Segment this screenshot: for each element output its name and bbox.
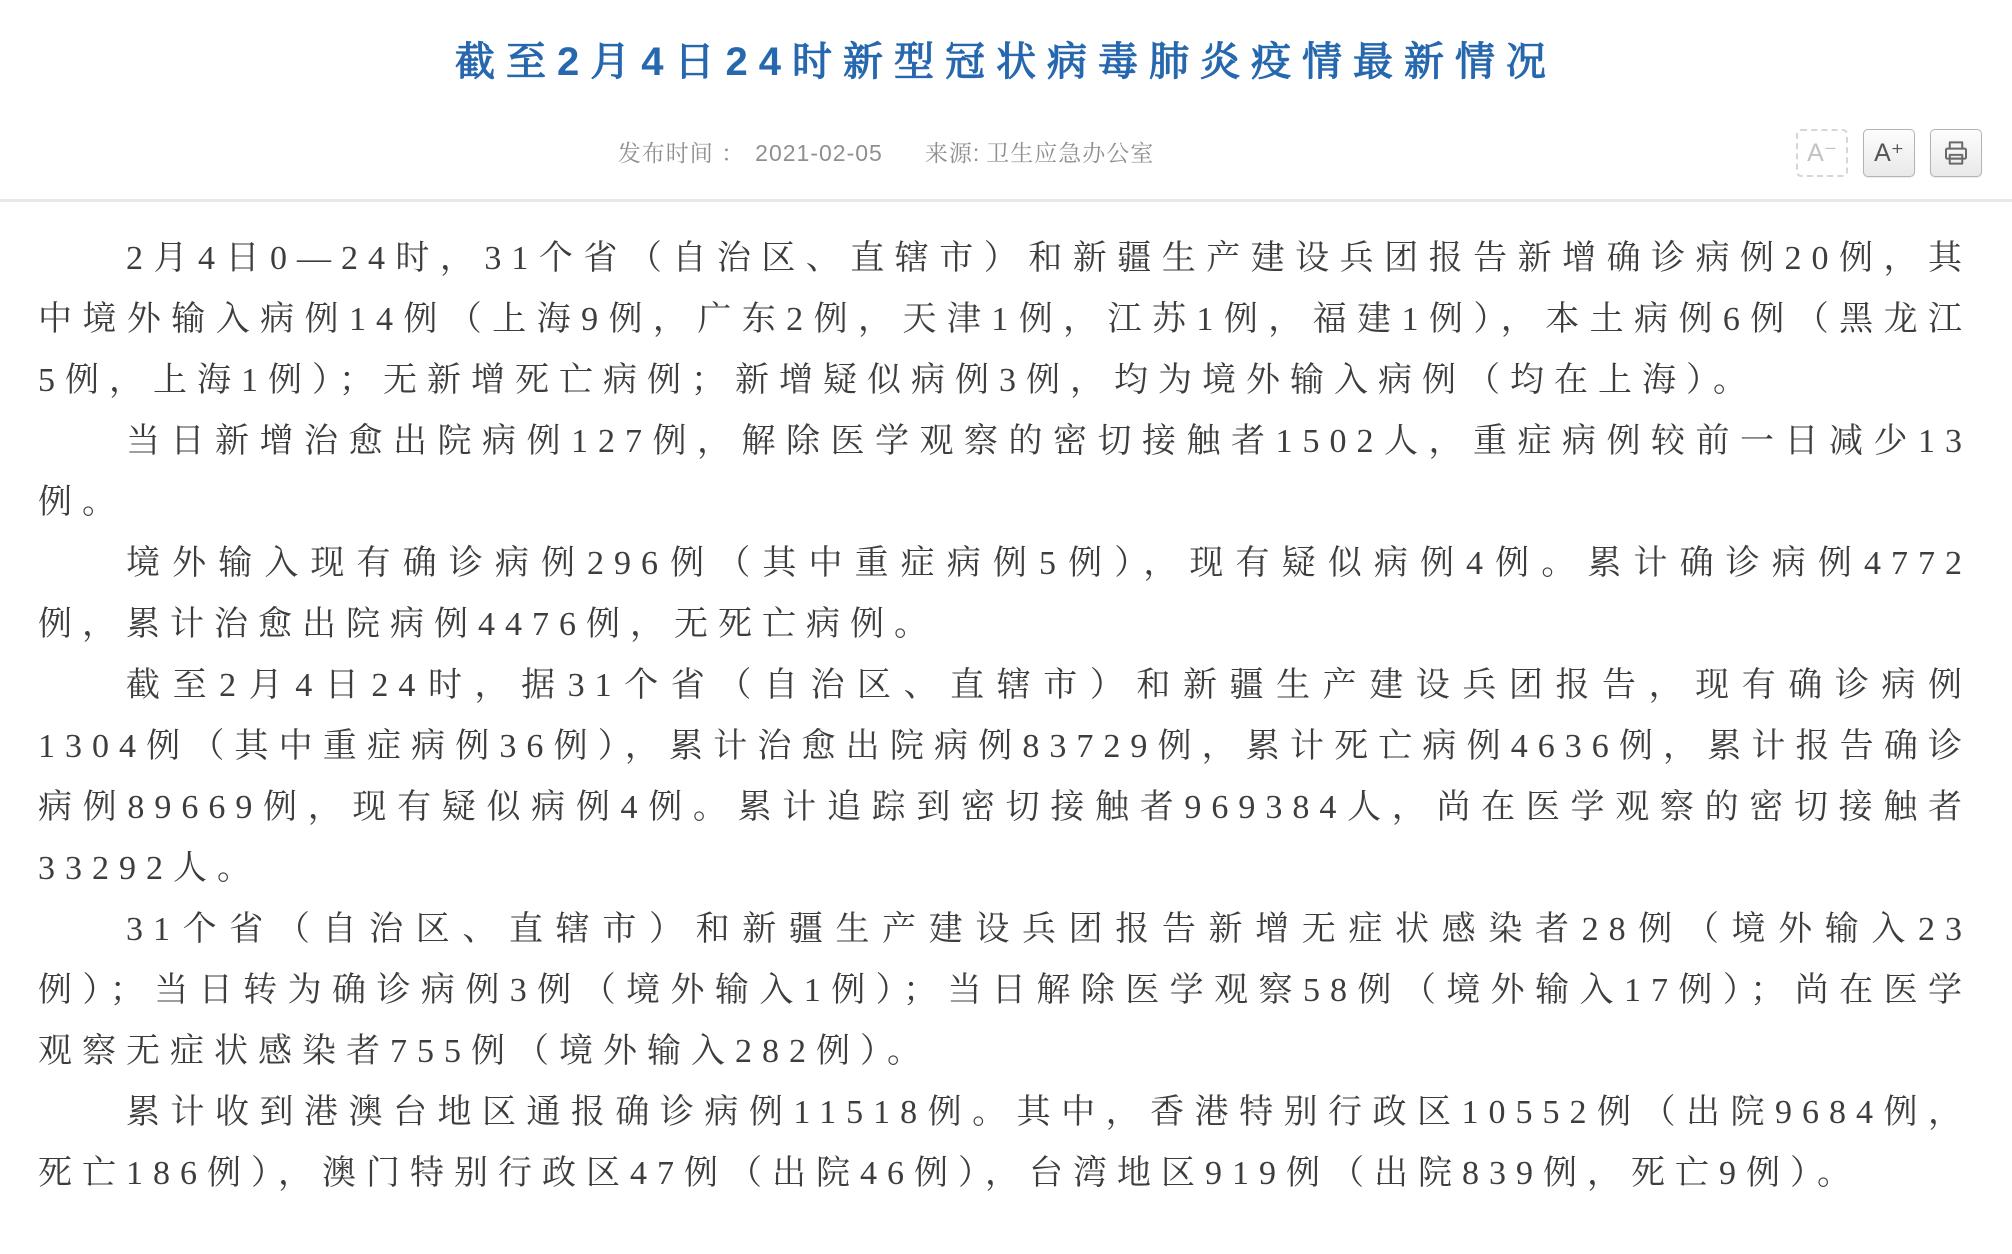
source-label: 来源: (925, 140, 980, 166)
article-meta: 发布时间 ：2021-02-05来源:卫生应急办公室 (0, 127, 2012, 179)
print-button[interactable] (1930, 129, 1982, 177)
publish-time-label: 发布时间 ： (618, 140, 745, 166)
font-print-toolbar: A⁻ A⁺ (1796, 129, 1982, 177)
paragraph-imported: 境外输入现有确诊病例296例（其中重症病例5例），现有疑似病例4例。累计确诊病例… (38, 533, 1972, 655)
printer-icon (1941, 138, 1971, 168)
font-increase-button[interactable]: A⁺ (1863, 129, 1915, 177)
paragraph-cumulative: 截至2月4日24时，据31个省（自治区、直辖市）和新疆生产建设兵团报告，现有确诊… (38, 655, 1972, 899)
font-decrease-button[interactable]: A⁻ (1796, 129, 1848, 177)
paragraph-new-cases: 2月4日0—24时，31个省（自治区、直辖市）和新疆生产建设兵团报告新增确诊病例… (38, 228, 1972, 411)
page-title: 截至2月4日24时新型冠状病毒肺炎疫情最新情况 (0, 0, 2012, 87)
article-page: 截至2月4日24时新型冠状病毒肺炎疫情最新情况 发布时间 ：2021-02-05… (0, 0, 2012, 1254)
paragraph-hk-macau-taiwan: 累计收到港澳台地区通报确诊病例11518例。其中，香港特别行政区10552例（出… (38, 1082, 1972, 1204)
article-body: 2月4日0—24时，31个省（自治区、直辖市）和新疆生产建设兵团报告新增确诊病例… (0, 202, 2012, 1254)
paragraph-asymptomatic: 31个省（自治区、直辖市）和新疆生产建设兵团报告新增无症状感染者28例（境外输入… (38, 899, 1972, 1082)
publish-date: 2021-02-05 (755, 140, 883, 166)
meta-row: 发布时间 ：2021-02-05来源:卫生应急办公室 A⁻ A⁺ (0, 127, 2012, 179)
paragraph-recovered: 当日新增治愈出院病例127例，解除医学观察的密切接触者1502人，重症病例较前一… (38, 411, 1972, 533)
source-name: 卫生应急办公室 (986, 140, 1154, 166)
